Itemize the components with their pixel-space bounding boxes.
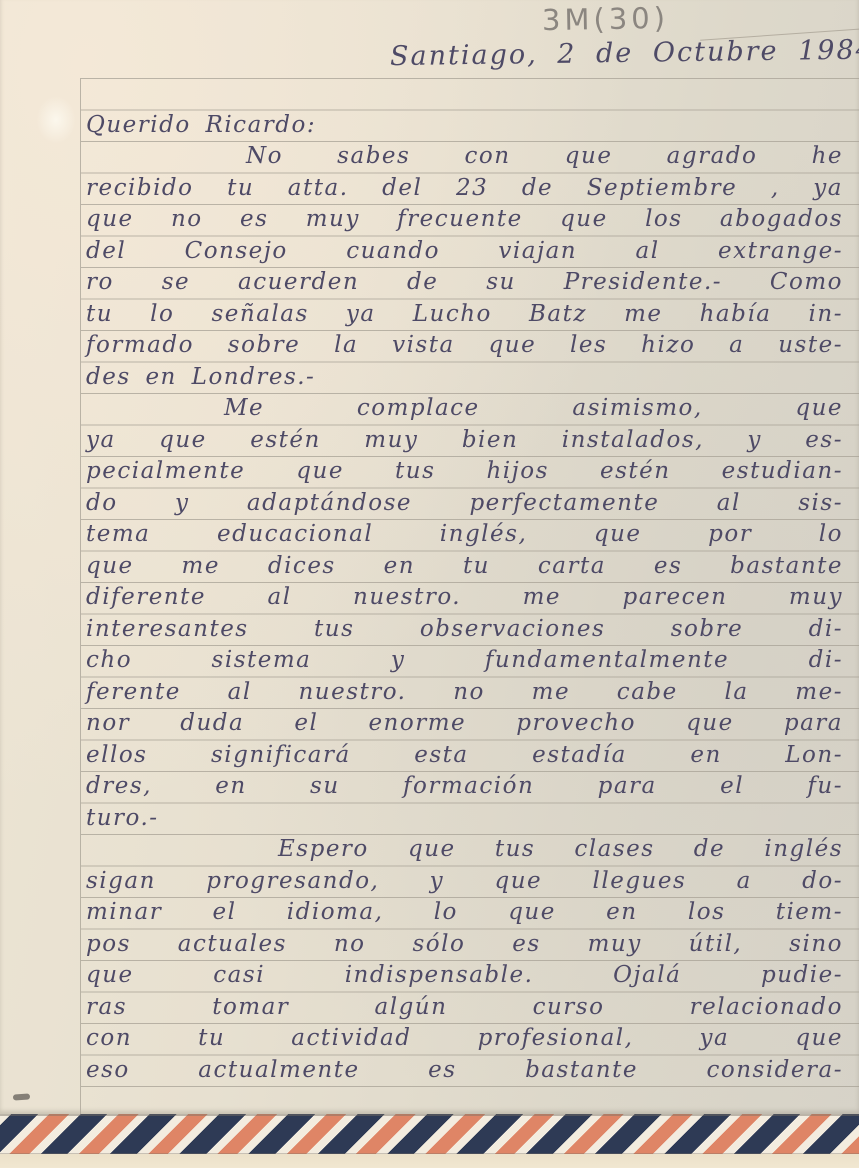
letter-line: ellos significará esta estadía en Lon-	[86, 740, 843, 772]
letter-line: ya que estén muy bien instalados, y es-	[86, 425, 843, 457]
letter-line: diferente al nuestro. me parecen muy	[86, 582, 843, 614]
letter-line: Espero que tus clases de inglés	[86, 834, 843, 866]
letter-line: ras tomar algún curso relacionado	[86, 992, 843, 1024]
letter-line: del Consejo cuando viajan al extrange-	[86, 236, 843, 268]
letter-line: tema educacional inglés, que por lo	[86, 519, 843, 551]
letter-line: recibido tu atta. del 23 de Septiembre ,…	[86, 173, 843, 205]
letter-line: minar el idioma, lo que en los tiem-	[86, 897, 843, 929]
paper-blemish	[36, 96, 76, 144]
letter-line: cho sistema y fundamentalmente di-	[86, 645, 843, 677]
letter-line: eso actualmente es bastante considera-	[86, 1055, 843, 1087]
letter-line: que no es muy frecuente que los abogados	[86, 204, 843, 236]
letter-photo: { "page": { "annotation": "3M(30)", "dat…	[0, 0, 859, 1168]
letter-line: Querido Ricardo:	[86, 110, 843, 142]
ink-smudge	[13, 1093, 30, 1100]
letter-line: ro se acuerden de su Presidente.- Como	[86, 267, 843, 299]
scene: 3M(30) Santiago, 2 de Octubre 1984 Queri…	[0, 0, 859, 1168]
envelope-edge	[0, 1154, 859, 1168]
letter-line: tu lo señalas ya Lucho Batz me había in-	[86, 299, 843, 331]
letter-line: con tu actividad profesional, ya que	[86, 1023, 843, 1055]
letter-line: Me complace asimismo, que	[86, 393, 843, 425]
letter-line: des en Londres.-	[86, 362, 843, 394]
letter-line: pos actuales no sólo es muy útil, sino	[86, 929, 843, 961]
letter-line: do y adaptándose perfectamente al sis-	[86, 488, 843, 520]
letter-line: que casi indispensable. Ojalá pudie-	[86, 960, 843, 992]
letter-line: ferente al nuestro. no me cabe la me-	[86, 677, 843, 709]
letter-lines: Querido Ricardo:No sabes con que agrado …	[80, 78, 859, 1086]
archival-annotation: 3M(30)	[542, 1, 670, 37]
letter-line: pecialmente que tus hijos estén estudian…	[86, 456, 843, 488]
letter-line: nor duda el enorme provecho que para	[86, 708, 843, 740]
letter-sheet: 3M(30) Santiago, 2 de Octubre 1984 Queri…	[0, 0, 859, 1114]
letter-line: dres, en su formación para el fu-	[86, 771, 843, 803]
letter-line: No sabes con que agrado he	[86, 141, 843, 173]
airmail-stripes-border	[0, 1114, 859, 1154]
letter-line: sigan progresando, y que llegues a do-	[86, 866, 843, 898]
letter-line: formado sobre la vista que les hizo a us…	[86, 330, 843, 362]
letter-line: turo.-	[86, 803, 843, 835]
letter-line: interesantes tus observaciones sobre di-	[86, 614, 843, 646]
letter-line: que me dices en tu carta es bastante	[86, 551, 843, 583]
date-line: Santiago, 2 de Octubre 1984	[390, 31, 846, 77]
